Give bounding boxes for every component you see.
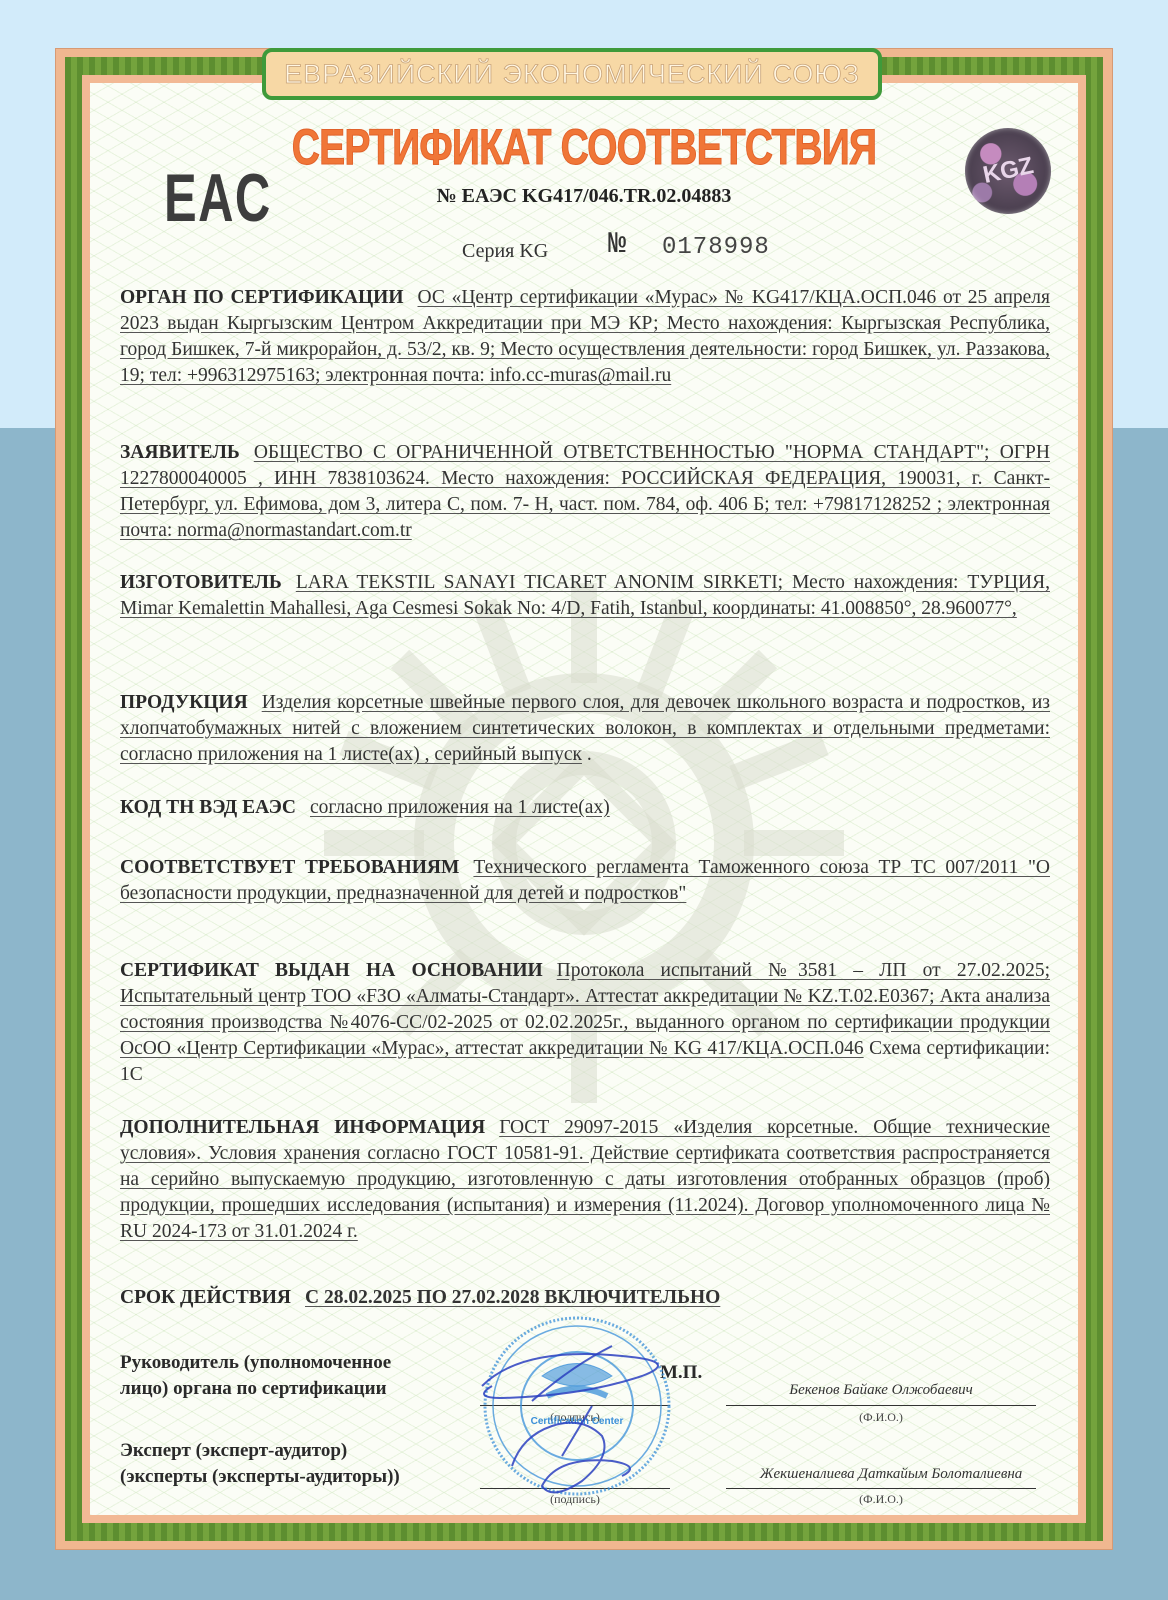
expert-name-caption: (Ф.И.О.) — [726, 1492, 1036, 1507]
section-label: ДОПОЛНИТЕЛЬНАЯ ИНФОРМАЦИЯ — [120, 1117, 485, 1138]
section-label: СЕРТИФИКАТ ВЫДАН НА ОСНОВАНИИ — [120, 960, 543, 981]
section-certification-body: ОРГАН ПО СЕРТИФИКАЦИИОС «Центр сертифика… — [120, 285, 1050, 389]
head-role: Руководитель (уполномоченное лицо) орган… — [120, 1350, 391, 1402]
serial-number: 0178998 — [662, 234, 770, 261]
certification-stamp-icon: Certification Center — [462, 1306, 692, 1506]
section-label: СРОК ДЕЙСТВИЯ — [120, 1287, 291, 1308]
head-name-caption: (Ф.И.О.) — [726, 1410, 1036, 1425]
section-manufacturer: ИЗГОТОВИТЕЛЬLARA TEKSTIL SANAYI TICARET … — [120, 570, 1050, 622]
section-product: ПРОДУКЦИЯИзделия корсетные швейные перво… — [120, 690, 1050, 768]
hologram-text: KGZ — [980, 152, 1035, 190]
section-label: ИЗГОТОВИТЕЛЬ — [120, 572, 282, 593]
union-banner-text: ЕВРАЗИЙСКИЙ ЭКОНОМИЧЕСКИЙ СОЮЗ — [284, 59, 860, 90]
head-role-line1: Руководитель (уполномоченное — [120, 1350, 391, 1376]
section-label: СООТВЕТСТВУЕТ ТРЕБОВАНИЯМ — [120, 857, 459, 878]
expert-name: Жекшеналиева Даткайым Болоталиевна — [726, 1466, 1056, 1483]
union-banner: ЕВРАЗИЙСКИЙ ЭКОНОМИЧЕСКИЙ СОЮЗ — [262, 48, 882, 100]
section-hs-code: КОД ТН ВЭД ЕАЭСсогласно приложения на 1 … — [120, 795, 1050, 821]
section-value: ОБЩЕСТВО С ОГРАНИЧЕННОЙ ОТВЕТСТВЕННОСТЬЮ… — [120, 442, 1050, 541]
kgz-hologram-icon: KGZ — [965, 128, 1051, 214]
expert-role: Эксперт (эксперт-аудитор) (эксперты (экс… — [120, 1438, 400, 1490]
head-signature-caption: (подпись) — [480, 1410, 670, 1425]
section-validity: СРОК ДЕЙСТВИЯС 28.02.2025 ПО 27.02.2028 … — [120, 1285, 1050, 1311]
section-requirements: СООТВЕТСТВУЕТ ТРЕБОВАНИЯМТехнического ре… — [120, 855, 1050, 907]
section-value: согласно приложения на 1 листе(ах) — [310, 797, 610, 818]
expert-signature-caption: (подпись) — [480, 1492, 670, 1507]
head-role-line2: лицо) органа по сертификации — [120, 1376, 391, 1402]
certificate-title: СЕРТИФИКАТ СООТВЕТСТВИЯ — [128, 118, 1039, 176]
section-label: ЗАЯВИТЕЛЬ — [120, 442, 240, 463]
section-basis: СЕРТИФИКАТ ВЫДАН НА ОСНОВАНИИПротокола и… — [120, 958, 1050, 1088]
section-label: ПРОДУКЦИЯ — [120, 692, 248, 713]
series-label: Серия KG — [462, 240, 548, 263]
section-label: КОД ТН ВЭД ЕАЭС — [120, 797, 296, 818]
section-additional-info: ДОПОЛНИТЕЛЬНАЯ ИНФОРМАЦИЯГОСТ 29097-2015… — [120, 1115, 1050, 1245]
section-applicant: ЗАЯВИТЕЛЬОБЩЕСТВО С ОГРАНИЧЕННОЙ ОТВЕТСТ… — [120, 440, 1050, 544]
expert-name-line — [726, 1488, 1036, 1489]
stamp-mark-label: М.П. — [660, 1362, 702, 1384]
head-name: Бекенов Байаке Олжобаевич — [726, 1382, 1036, 1399]
section-value: С 28.02.2025 ПО 27.02.2028 ВКЛЮЧИТЕЛЬНО — [305, 1287, 720, 1308]
head-name-line — [726, 1405, 1036, 1406]
expert-role-line2: (эксперты (эксперты-аудиторы)) — [120, 1464, 400, 1490]
certificate-content: EAC СЕРТИФИКАТ СООТВЕТСТВИЯ № ЕАЭС KG417… — [0, 0, 1168, 1600]
section-trailing: . — [582, 744, 592, 765]
section-label: ОРГАН ПО СЕРТИФИКАЦИИ — [120, 287, 404, 308]
head-signature-line — [480, 1405, 670, 1406]
serial-number-sign: № — [608, 228, 626, 262]
expert-signature-line — [480, 1488, 670, 1489]
expert-role-line1: Эксперт (эксперт-аудитор) — [120, 1438, 400, 1464]
